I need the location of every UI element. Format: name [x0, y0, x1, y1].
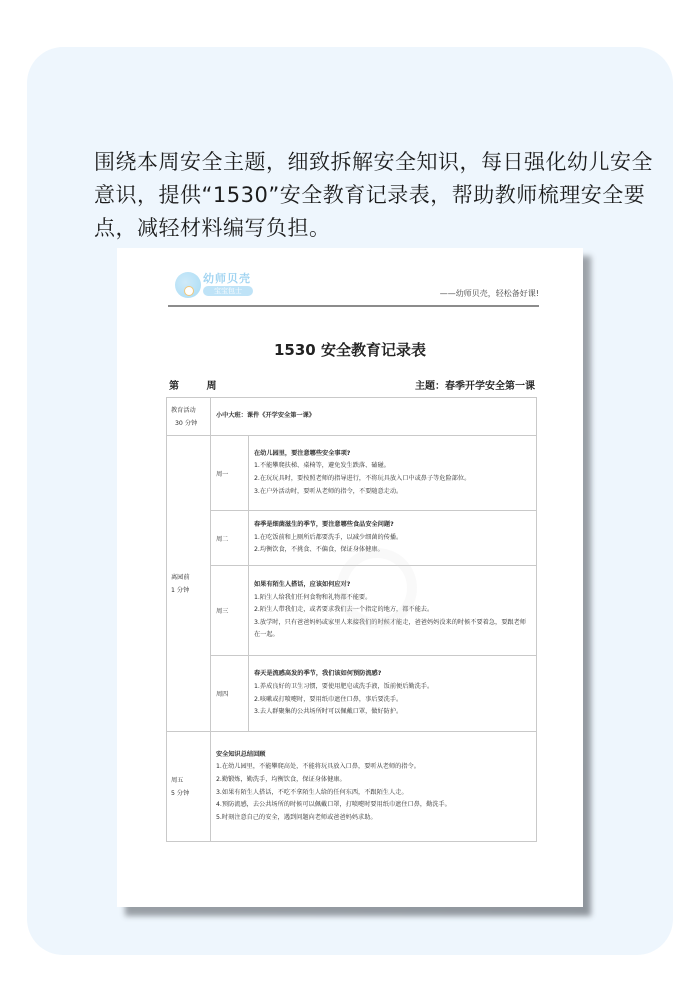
- day-content: 春季是细菌滋生的季节，要注意哪些食品安全问题? 1.在吃饭前和上厕所后都要洗手，…: [249, 511, 537, 566]
- group-label: 离园前: [171, 571, 210, 584]
- friday-question: 安全知识总结回顾: [216, 749, 531, 762]
- logo-title: 幼师贝壳: [203, 270, 251, 286]
- activity-duration: 30 分钟: [171, 417, 210, 430]
- table-row-friday: 周五 5 分钟 安全知识总结回顾 1.在幼儿园里，不能攀爬高处，不能将玩具放入口…: [167, 732, 537, 842]
- friday-item: 1.在幼儿园里，不能攀爬高处，不能将玩具放入口鼻，要听从老师的指令。: [216, 761, 531, 774]
- friday-item: 5.时刻注意自己的安全，遇到问题向老师或爸爸妈妈求助。: [216, 812, 531, 825]
- friday-content: 安全知识总结回顾 1.在幼儿园里，不能攀爬高处，不能将玩具放入口鼻，要听从老师的…: [211, 732, 537, 842]
- activity-content: 小中大班：课件《开学安全第一课》: [216, 410, 531, 423]
- day-content: 春天是流感高发的季节，我们该如何预防流感? 1.养成良好的卫生习惯，要使用肥皂或…: [249, 656, 537, 732]
- day-item: 1.在吃饭前和上厕所后都要洗手，以减少细菌的传播。: [254, 532, 531, 545]
- brand-logo: 幼师贝壳 宝宝包士: [175, 270, 265, 300]
- day-item: 3.去人群聚集的公共场所时可以佩戴口罩，做好防护。: [254, 706, 531, 719]
- day-label: 周四: [211, 656, 249, 732]
- friday-label: 周五: [171, 774, 210, 787]
- friday-item: 3.如果有陌生人搭话，不吃不拿陌生人给的任何东西，不跟陌生人走。: [216, 787, 531, 800]
- day-question: 春季是细菌滋生的季节，要注意哪些食品安全问题?: [254, 519, 531, 532]
- day-item: 2.陌生人带我们走，或者要求我们去一个指定的地方，都不能去。: [254, 604, 531, 617]
- table-row-tuesday: 周二 春季是细菌滋生的季节，要注意哪些食品安全问题? 1.在吃饭前和上厕所后都要…: [167, 511, 537, 566]
- day-question: 如果有陌生人搭话，应该如何应对?: [254, 579, 531, 592]
- table-row-thursday: 周四 春天是流感高发的季节，我们该如何预防流感? 1.养成良好的卫生习惯，要使用…: [167, 656, 537, 732]
- group-duration: 1 分钟: [171, 584, 210, 597]
- document-title: 1530 安全教育记录表: [117, 339, 583, 360]
- friday-duration: 5 分钟: [171, 787, 210, 800]
- day-question: 在幼儿园里，要注意哪些安全事项?: [254, 448, 531, 461]
- day-label: 周一: [211, 436, 249, 511]
- day-content: 在幼儿园里，要注意哪些安全事项? 1.不能攀爬扶梯、桌椅等，避免发生跌落、磕碰。…: [249, 436, 537, 511]
- activity-content-cell: 小中大班：课件《开学安全第一课》: [211, 398, 537, 436]
- day-item: 2.在玩玩具时，要按照老师的指导进行，不将玩具放入口中或鼻子等危险部位。: [254, 473, 531, 486]
- day-question: 春天是流感高发的季节，我们该如何预防流感?: [254, 668, 531, 681]
- header-slogan: ——幼师贝壳，轻松备好课!: [440, 288, 539, 299]
- week-label: 第 周: [169, 377, 228, 392]
- friday-item: 2.勤锻炼，勤洗手，均衡饮食，保证身体健康。: [216, 774, 531, 787]
- logo-subtitle: 宝宝包士: [203, 286, 253, 296]
- day-item: 1.养成良好的卫生习惯，要使用肥皂或洗手液，饭前便后勤洗手。: [254, 681, 531, 694]
- header-divider: [168, 305, 539, 307]
- day-content: 如果有陌生人搭话，应该如何应对? 1.陌生人给我们任何食物和礼物都不能要。 2.…: [249, 566, 537, 656]
- day-item: 1.不能攀爬扶梯、桌椅等，避免发生跌落、磕碰。: [254, 460, 531, 473]
- activity-label: 教育活动: [171, 404, 210, 417]
- friday-item: 4.预防流感，去公共场所的时候可以佩戴口罩，打喷嚏时要用纸巾遮住口鼻，勤洗手。: [216, 799, 531, 812]
- day-item: 1.陌生人给我们任何食物和礼物都不能要。: [254, 592, 531, 605]
- activity-label-cell: 教育活动 30 分钟: [167, 398, 211, 436]
- table-row-monday: 离园前 1 分钟 周一 在幼儿园里，要注意哪些安全事项? 1.不能攀爬扶梯、桌椅…: [167, 436, 537, 511]
- theme-label: 主题：春季开学安全第一课: [415, 377, 535, 392]
- table-row-activity: 教育活动 30 分钟 小中大班：课件《开学安全第一课》: [167, 398, 537, 436]
- safety-record-table: 教育活动 30 分钟 小中大班：课件《开学安全第一课》 离园前 1 分钟 周一 …: [166, 397, 537, 842]
- shell-logo-icon: [175, 272, 201, 298]
- group-label-cell: 离园前 1 分钟: [167, 436, 211, 732]
- day-item: 2.均衡饮食，不挑食、不偏食，保证身体健康。: [254, 544, 531, 557]
- document-page: 幼师贝壳 宝宝包士 ——幼师贝壳，轻松备好课! 1530 安全教育记录表 第 周…: [117, 248, 583, 907]
- day-item: 2.咳嗽或打喷嚏时，要用纸巾遮住口鼻，事后要洗手。: [254, 694, 531, 707]
- intro-text: 围绕本周安全主题，细致拆解安全知识，每日强化幼儿安全意识，提供“1530”安全教…: [94, 146, 664, 245]
- day-item: 3.在户外活动时，要听从老师的指令，不要随意走动。: [254, 486, 531, 499]
- friday-label-cell: 周五 5 分钟: [167, 732, 211, 842]
- day-label: 周三: [211, 566, 249, 656]
- table-row-wednesday: 周三 如果有陌生人搭话，应该如何应对? 1.陌生人给我们任何食物和礼物都不能要。…: [167, 566, 537, 656]
- day-label: 周二: [211, 511, 249, 566]
- day-item: 3.放学时，只有爸爸妈妈或家里人来接我们的时候才能走，爸爸妈妈没来的时候不要着急…: [254, 617, 531, 642]
